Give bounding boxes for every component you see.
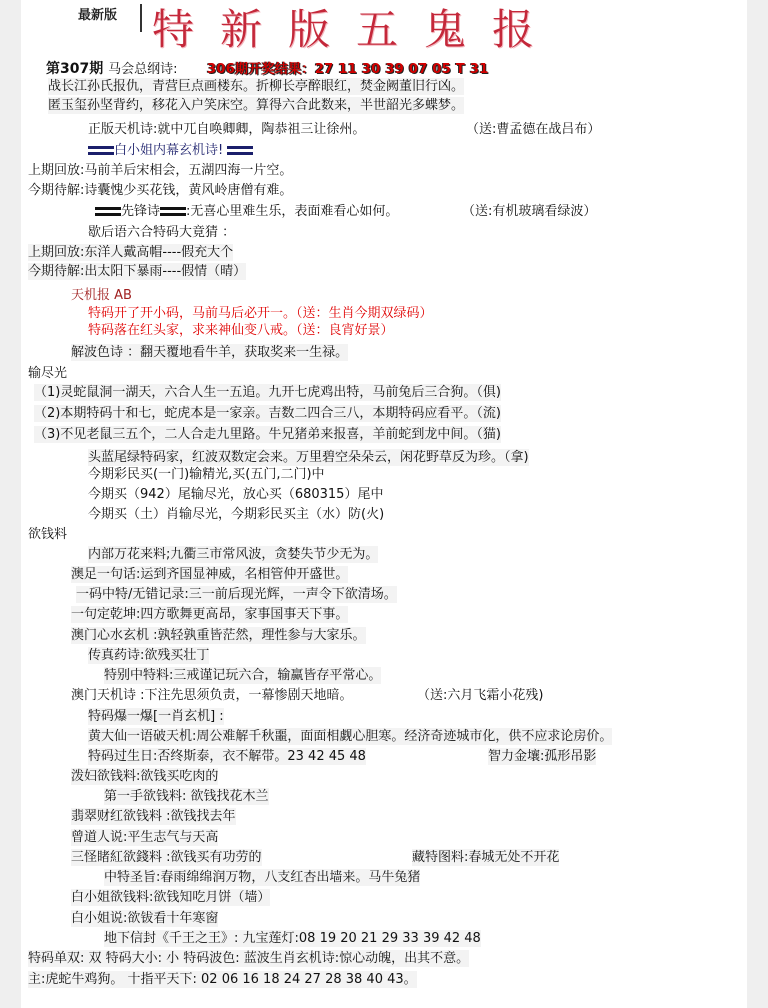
bai-xiaojie-heading: 白小姐内幕玄机诗!	[88, 142, 253, 159]
shrew-material: 泼妇欲钱料:欲钱买吃肉的	[71, 768, 218, 785]
want-money-heading: 欲钱料	[28, 526, 67, 543]
intellect-gold: 智力金壤:孤形吊影	[488, 748, 596, 765]
special-material: 特别中特料:三戒谨记玩六合，输赢皆存平常心。	[104, 667, 381, 684]
vanguard-poem: 先锋诗:无喜心里难生乐，表面难看心如何。	[95, 203, 398, 220]
special-code-heading: 特码爆一爆[一肖玄机] :	[88, 708, 224, 725]
wave-color-poem: 解波色诗 ：翻天覆地看牛羊，获取奖来一生禄。	[71, 344, 348, 361]
issue-number-value: 307	[60, 61, 89, 77]
label: 今期待解:	[28, 183, 84, 198]
special-birthday: 特码过生日:否终斯泰，衣不解带。23 42 45 48	[88, 748, 366, 765]
first-hand-material: 第一手欲钱料: 欲钱找花木兰	[104, 788, 269, 805]
macau-tianji-gift: （送:六月飞霜小花残)	[417, 687, 543, 704]
vanguard-gift: （送:有机玻璃看绿波）	[462, 203, 596, 220]
buy-tail-line: 今期买（942）尾输尽光，放心买（680315）尾中	[88, 486, 383, 503]
three-monsters-material: 三怪睹紅欲錢料 :欲钱买有功劳的	[71, 849, 262, 866]
header-divider	[140, 4, 142, 32]
main-zodiac-numbers: 主:虎蛇牛鸡狗。 十指平天下: 02 06 16 18 24 27 28 38 …	[28, 971, 417, 988]
double-bar-icon	[160, 207, 186, 217]
lose-all-item-2: （2)本期特码十和七，蛇虎本是一家亲。吉数二四合三八，本期特码应看平。（流)	[34, 405, 501, 422]
tianji-ab-line-2: 特码落在红头家，求来神仙变八戒。（送：良宵好景）	[88, 322, 394, 339]
macau-tips: 澳门心水玄机 :孰轻孰重皆茫然，理性参与大家乐。	[71, 627, 366, 644]
one-code-record: 一码中特/无错记录:三一前后现光辉，一声令下欲清场。	[76, 586, 397, 603]
fax-poem: 传真药诗:欲残买壮丁	[88, 647, 209, 664]
decisive-phrase: 一句定乾坤:四方歌舞更高昂，家事国事天下事。	[71, 606, 348, 623]
underground-letter: 地下信封《千王之王》: 九宝莲灯:08 19 20 21 29 33 39 42…	[104, 930, 481, 947]
blue-green-poem: 头蓝尾绿特码家，红波双数定会来。万里碧空朵朵云，闲花野草反为珍。（拿)	[88, 449, 529, 466]
last-replay: 上期回放:马前羊后宋相会，五湖四海一片空。	[28, 162, 292, 179]
macau-tianji-poem: 澳门天机诗 :下注先思须负责，一幕惨剧天地暗。	[71, 687, 353, 704]
label: 上期回放:	[28, 245, 84, 260]
page-title: 特新版五鬼报	[152, 5, 560, 55]
issue-suffix: 期	[89, 61, 103, 77]
double-bar-icon	[88, 146, 114, 156]
issue-prefix: 第	[46, 61, 60, 77]
xiehouyu-current: 今期待解:出太阳下暴雨----假情（晴）	[28, 263, 246, 280]
buy-door-line: 今期彩民买(一门)输精光,买(五门,二门)中	[88, 466, 325, 483]
double-bar-icon	[95, 207, 121, 217]
bai-says: 白小姐说:欲钹看十年寒窗	[71, 910, 218, 927]
internal-material: 内部万花来料;九衢三市常风波，贪婪失节少无为。	[88, 546, 378, 563]
wong-tai-sin: 黄大仙一语破天机:周公难解千秋噩，面面相觑心胆寒。经济奇迹城市化，供不应求论房价…	[88, 728, 612, 745]
bai-money-material: 白小姐欲钱料:欲钱知吃月饼（墙）	[71, 889, 270, 906]
poem-line-2: 匿玉玺孙坚背约，移花入户笑床空。算得六合此数来，半世韶光多蝶梦。	[48, 97, 464, 114]
last-draw-result: 306期开奖结果：27 11 30 39 07 05 T 31	[207, 58, 489, 77]
double-bar-icon	[227, 146, 253, 156]
vanguard-label: 先锋诗	[121, 204, 160, 219]
lose-all-heading: 输尽光	[28, 365, 67, 382]
imperial-edict: 中特圣旨:春雨绵绵润万物，八支红杏出墙来。马牛兔猪	[104, 869, 420, 886]
buy-zodiac-line: 今期买（土）肖输尽光，今期彩民买主（水）防(火)	[88, 506, 384, 523]
text: 东洋人戴高帽----假充大个	[84, 245, 233, 260]
xiehouyu-heading: 歇后语六合特码大竟猜 ：	[88, 224, 235, 241]
text: 出太阳下暴雨----假情（晴）	[84, 264, 246, 279]
macau-one-phrase: 澳足一句话:运到齐国显神威，名相管仲开盛世。	[71, 566, 348, 583]
label: 今期待解:	[28, 264, 84, 279]
tianji-poem: 正版天机诗:就中兀自唤卿卿，陶恭祖三让徐州。	[88, 121, 365, 138]
current-puzzle: 今期待解:诗囊愧少买花钱，黄风岭唐僧有难。	[28, 182, 292, 199]
hidden-chart-material: 藏特图料:春城无处不开花	[412, 849, 559, 866]
issue-number: 第307期 马会总纲诗:	[46, 58, 178, 78]
lose-all-item-3: （3)不见老鼠三五个，二人合走九里路。牛兄猪弟来报喜，羊前蛇到龙中间。（猫)	[34, 426, 501, 443]
tianji-label: 正版天机诗:	[88, 122, 157, 137]
tianji-ab-heading: 天机报 AB	[71, 287, 132, 304]
tianji-gift: （送:曹孟德在战吕布）	[466, 121, 600, 138]
bai-xiaojie-title: 白小姐内幕玄机诗!	[114, 143, 223, 158]
lose-all-item-1: （1)灵蛇鼠洞一湖天，六合人生一五追。九开七虎鸡出特，马前兔后三合狗。（俱)	[34, 384, 501, 401]
xiehouyu-last: 上期回放:东洋人戴高帽----假充大个	[28, 244, 233, 261]
jade-material: 翡翠财红欲钱料 :欲钱找去年	[71, 808, 236, 825]
tianji-ab-line-1: 特码开了开小码，马前马后必开一。（送：生肖今期双绿码）	[88, 305, 433, 322]
tsang-says: 曾道人说:平生志气与天高	[71, 829, 218, 846]
vanguard-text: :无喜心里难生乐，表面难看心如何。	[186, 204, 398, 219]
code-attributes: 特码单双: 双 特码大小: 小 特码波色: 蓝波生肖玄机诗:惊心动魄，出其不意。	[28, 950, 469, 967]
text: 马前羊后宋相会，五湖四海一片空。	[84, 163, 292, 178]
label: 上期回放:	[28, 163, 84, 178]
text: 诗囊愧少买花钱，黄风岭唐僧有难。	[84, 183, 292, 198]
latest-edition-badge: 最新版	[78, 4, 117, 23]
poem-label: 马会总纲诗:	[108, 62, 177, 77]
tianji-text: 就中兀自唤卿卿，陶恭祖三让徐州。	[157, 122, 365, 137]
poem-line-1: 战长江孙氏报仇，青营巨点画楼东。折柳长亭醉眼红，焚金阙董旧行凶。	[48, 78, 464, 95]
